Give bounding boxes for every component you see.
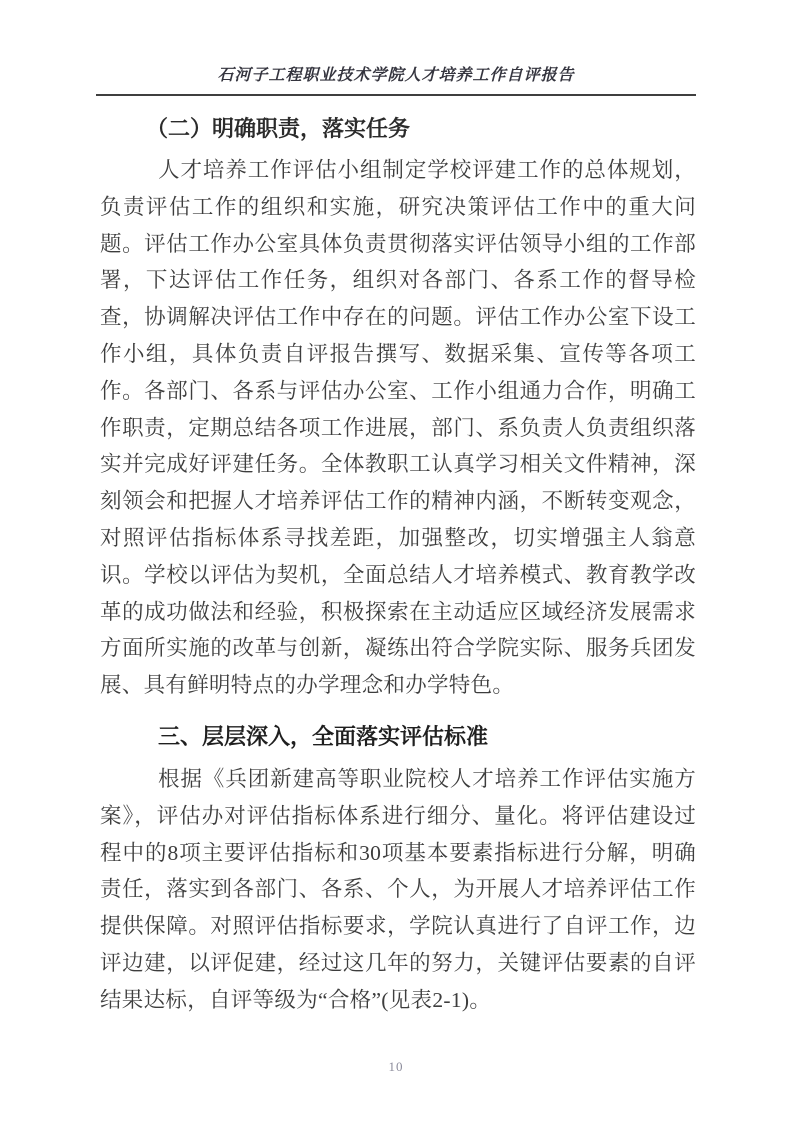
document-page: 石河子工程职业技术学院人才培养工作自评报告 （二）明确职责，落实任务 人才培养工… (0, 0, 792, 1122)
page-number: 10 (389, 1059, 404, 1074)
document-body: （二）明确职责，落实任务 人才培养工作评估小组制定学校评建工作的总体规划，负责评… (100, 109, 696, 1019)
section-heading-responsibilities: （二）明确职责，落实任务 (100, 109, 696, 148)
page-footer: 10 (0, 1058, 792, 1076)
page-header: 石河子工程职业技术学院人才培养工作自评报告 (96, 62, 696, 96)
section-paragraph: 人才培养工作评估小组制定学校评建工作的总体规划，负责评估工作的组织和实施，研究决… (100, 152, 696, 704)
section-heading-standards: 三、层层深入，全面落实评估标准 (100, 717, 696, 756)
running-header-title: 石河子工程职业技术学院人才培养工作自评报告 (96, 62, 696, 85)
section-paragraph: 根据《兵团新建高等职业院校人才培养工作评估实施方案》，评估办对评估指标体系进行细… (100, 761, 696, 1019)
